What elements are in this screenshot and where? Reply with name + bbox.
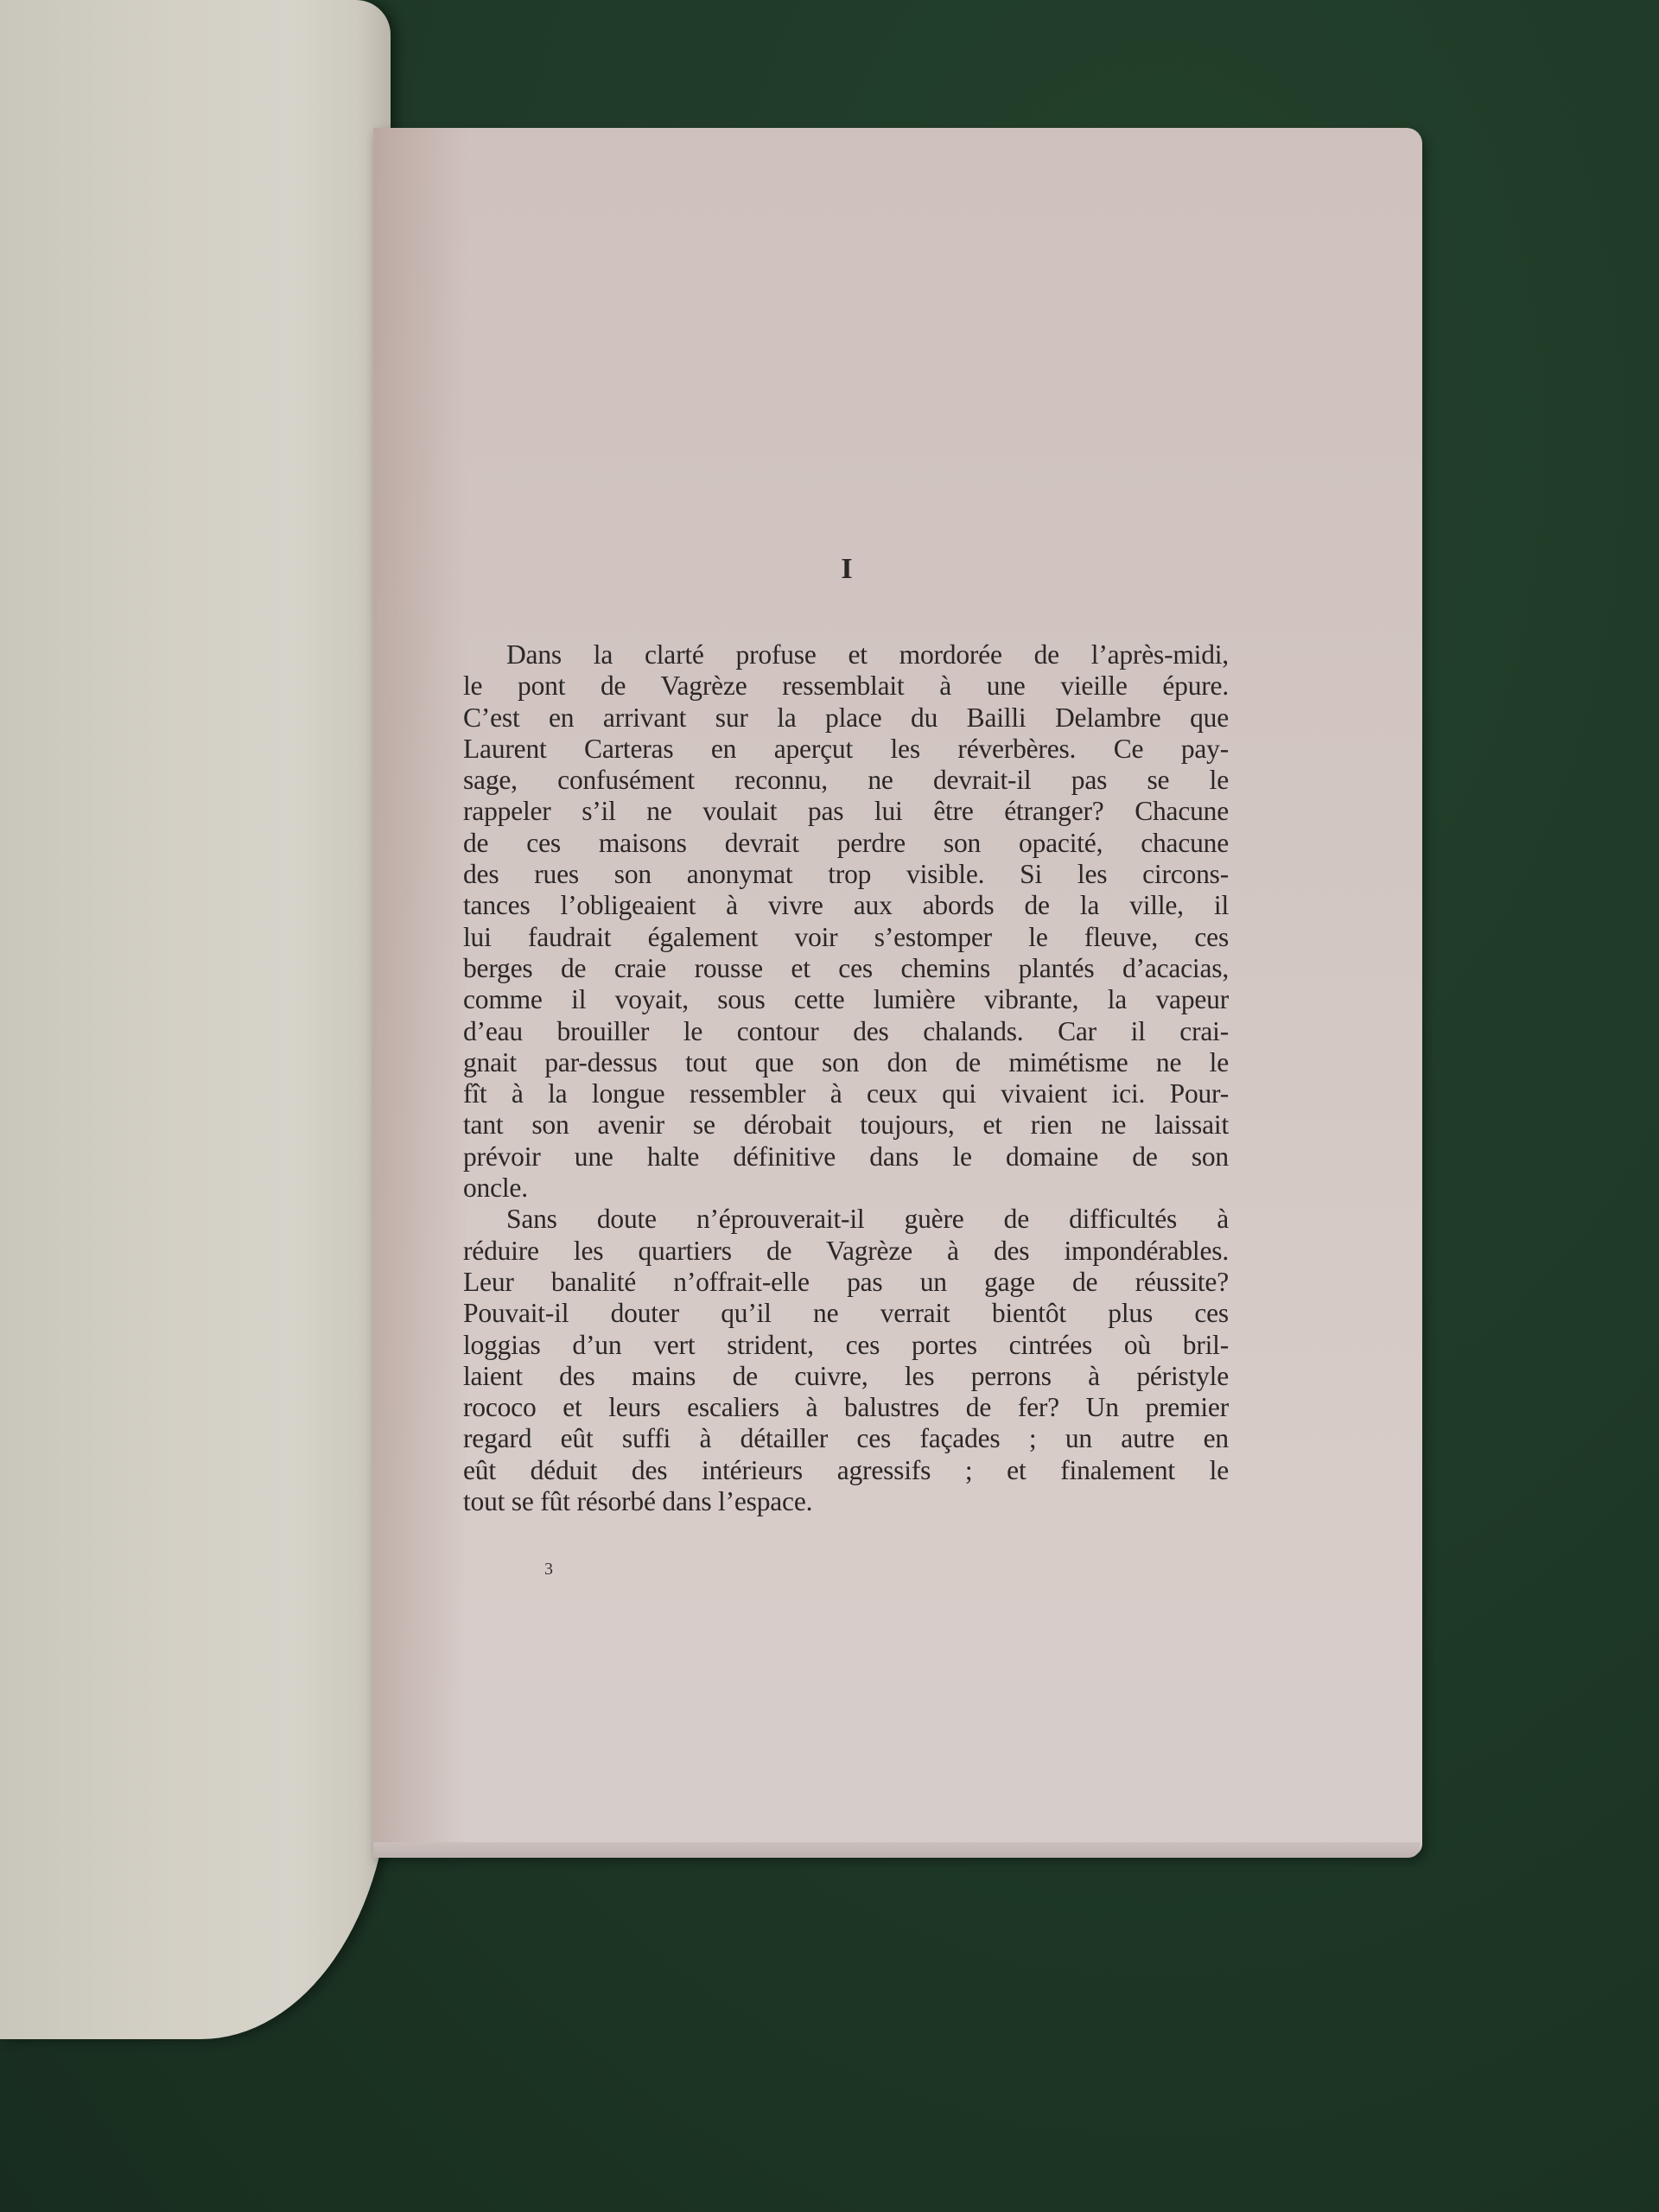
paragraph-2: Sans doute n’éprouverait-il guère de dif… xyxy=(463,1204,1229,1517)
text-line: C’est en arrivant sur la place du Bailli… xyxy=(463,702,1229,734)
text-line: des rues son anonymat trop visible. Si l… xyxy=(463,859,1229,890)
text-line: lui faudrait également voir s’estomper l… xyxy=(463,922,1229,953)
text-line: loggias d’un vert strident, ces portes c… xyxy=(463,1330,1229,1361)
text-line: comme il voyait, sous cette lumière vibr… xyxy=(463,984,1229,1015)
text-line: Dans la clarté profuse et mordorée de l’… xyxy=(463,639,1229,671)
text-line: rappeler s’il ne voulait pas lui être ét… xyxy=(463,796,1229,827)
text-line: laient des mains de cuivre, les perrons … xyxy=(463,1361,1229,1392)
page-stack-edge xyxy=(373,1842,1421,1858)
text-line: d’eau brouiller le contour des chalands.… xyxy=(463,1016,1229,1047)
text-line: oncle. xyxy=(463,1173,1229,1204)
paragraph-1: Dans la clarté profuse et mordorée de l’… xyxy=(463,639,1229,1204)
text-line: le pont de Vagrèze ressemblait à une vie… xyxy=(463,671,1229,702)
body-text: Dans la clarté profuse et mordorée de l’… xyxy=(463,639,1229,1517)
text-line: fît à la longue ressembler à ceux qui vi… xyxy=(463,1078,1229,1109)
text-line: berges de craie rousse et ces chemins pl… xyxy=(463,953,1229,984)
text-line: sage, confusément reconnu, ne devrait-il… xyxy=(463,765,1229,796)
text-line: tant son avenir se dérobait toujours, et… xyxy=(463,1109,1229,1141)
text-line: Pouvait-il douter qu’il ne verrait bient… xyxy=(463,1298,1229,1329)
chapter-number: I xyxy=(0,553,1659,586)
text-line: réduire les quartiers de Vagrèze à des i… xyxy=(463,1236,1229,1267)
text-line: gnait par-dessus tout que son don de mim… xyxy=(463,1047,1229,1078)
left-page xyxy=(0,0,391,2039)
text-line: regard eût suffi à détailler ces façades… xyxy=(463,1423,1229,1454)
text-line: tout se fût résorbé dans l’espace. xyxy=(463,1486,1229,1517)
text-line: eût déduit des intérieurs agressifs ; et… xyxy=(463,1455,1229,1486)
text-line: de ces maisons devrait perdre son opacit… xyxy=(463,828,1229,859)
page-number: 3 xyxy=(544,1560,553,1580)
text-line: tances l’obligeaient à vivre aux abords … xyxy=(463,890,1229,921)
text-line: rococo et leurs escaliers à balustres de… xyxy=(463,1392,1229,1423)
text-line: Leur banalité n’offrait-elle pas un gage… xyxy=(463,1267,1229,1298)
text-line: Laurent Carteras en aperçut les réverbèr… xyxy=(463,734,1229,765)
text-line: Sans doute n’éprouverait-il guère de dif… xyxy=(463,1204,1229,1235)
text-line: prévoir une halte définitive dans le dom… xyxy=(463,1141,1229,1173)
